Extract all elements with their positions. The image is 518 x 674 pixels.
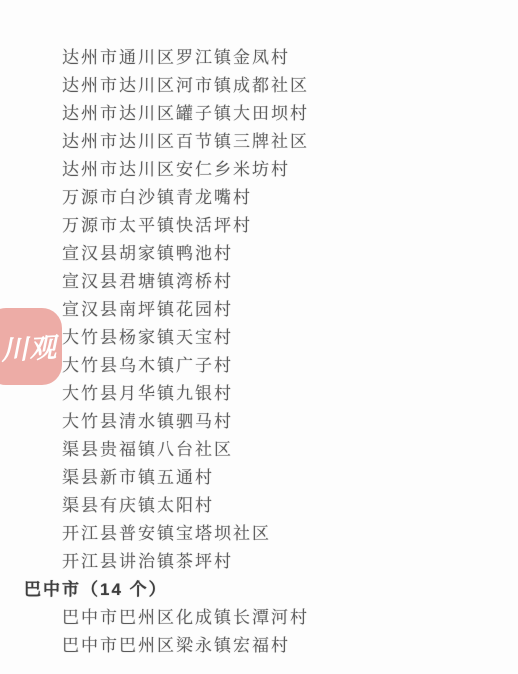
chuanguan-news-watermark: 川观 [0, 308, 62, 385]
village-list-item: 达州市达川区罐子镇大田坝村 [0, 100, 518, 128]
village-list-item: 宣汉县君塘镇湾桥村 [0, 268, 518, 296]
village-list-item: 大竹县杨家镇天宝村 [0, 324, 518, 352]
village-list-item: 渠县有庆镇太阳村 [0, 492, 518, 520]
village-list-item: 万源市太平镇快活坪村 [0, 212, 518, 240]
village-list-item: 大竹县月华镇九银村 [0, 380, 518, 408]
village-list-item: 宣汉县胡家镇鸭池村 [0, 240, 518, 268]
village-list-item: 达州市达川区河市镇成都社区 [0, 72, 518, 100]
village-list-item: 宣汉县南坪镇花园村 [0, 296, 518, 324]
village-list-item: 巴中市巴州区化成镇长潭河村 [0, 604, 518, 632]
village-list-item: 大竹县乌木镇广子村 [0, 352, 518, 380]
village-list-item: 巴中市巴州区梁永镇宏福村 [0, 632, 518, 660]
village-list: 达州市通川区罗江镇金凤村 达州市达川区河市镇成都社区 达州市达川区罐子镇大田坝村… [0, 44, 518, 660]
village-list-item: 大竹县清水镇驷马村 [0, 408, 518, 436]
document-page: 达州市通川区罗江镇金凤村 达州市达川区河市镇成都社区 达州市达川区罐子镇大田坝村… [0, 0, 518, 674]
village-list-item: 渠县贵福镇八台社区 [0, 436, 518, 464]
village-list-item: 万源市白沙镇青龙嘴村 [0, 184, 518, 212]
village-list-item: 达州市通川区罗江镇金凤村 [0, 44, 518, 72]
village-list-item: 达州市达川区安仁乡米坊村 [0, 156, 518, 184]
city-section-header: 巴中市（14 个） [0, 576, 518, 604]
village-list-item: 开江县讲治镇茶坪村 [0, 548, 518, 576]
chuanguan-logo-text: 川观 [0, 326, 58, 368]
village-list-item: 达州市达川区百节镇三牌社区 [0, 128, 518, 156]
village-list-item: 渠县新市镇五通村 [0, 464, 518, 492]
village-list-item: 开江县普安镇宝塔坝社区 [0, 520, 518, 548]
